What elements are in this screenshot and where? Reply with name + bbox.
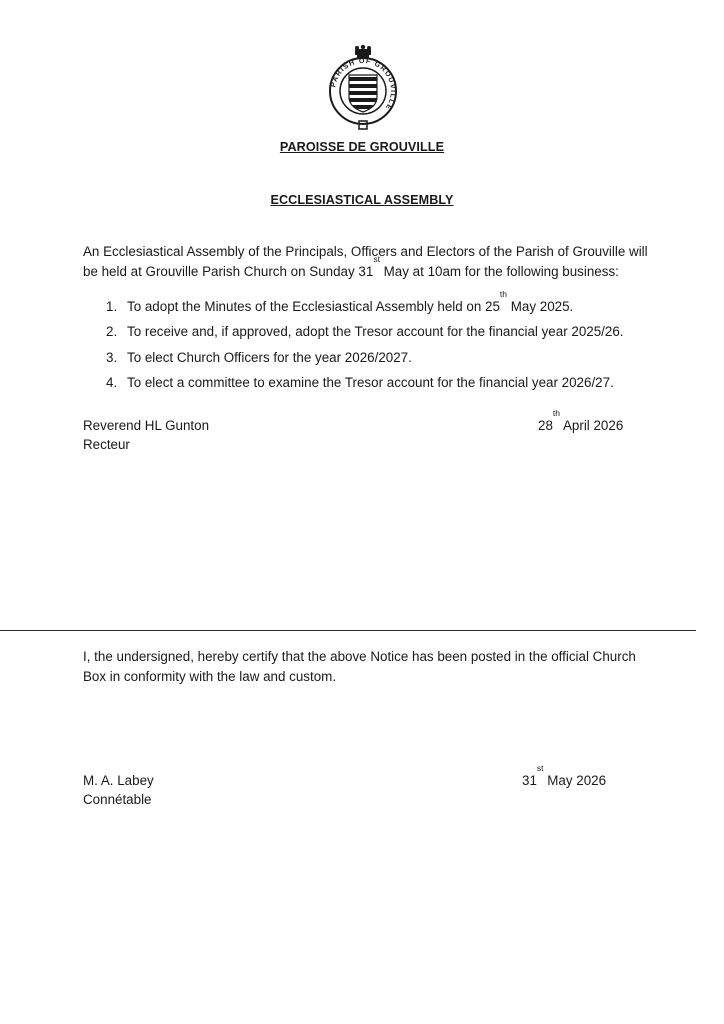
list-item: 2.To receive and, if approved, adopt the… [106,322,666,347]
page-title: PAROISSE DE GROUVILLE [0,140,724,154]
parish-crest-icon: PARISH OF GROUVILLE [321,45,405,131]
signatory-1: Reverend HL Gunton Recteur [83,416,209,454]
section-divider [0,630,696,631]
intro-paragraph: An Ecclesiastical Assembly of the Princi… [83,242,663,282]
list-item: 3.To elect Church Officers for the year … [106,348,666,373]
signatory-1-name: Reverend HL Gunton [83,416,209,435]
signatory-2: M. A. Labey Connétable [83,771,154,809]
signatory-2-role: Connétable [83,790,154,809]
signatory-1-role: Recteur [83,435,209,454]
page-subtitle: ECCLESIASTICAL ASSEMBLY [0,193,724,207]
list-item: 4.To elect a committee to examine the Tr… [106,373,666,398]
signatory-1-date: 28th April 2026 [538,416,623,435]
signatory-2-date: 31st May 2026 [522,771,606,790]
list-item: 1.To adopt the Minutes of the Ecclesiast… [106,297,666,322]
certification-paragraph: I, the undersigned, hereby certify that … [83,647,663,687]
intro-line-2: be held at Grouville Parish Church on Su… [83,262,663,282]
signatory-2-name: M. A. Labey [83,771,154,790]
business-list: 1.To adopt the Minutes of the Ecclesiast… [106,297,666,398]
